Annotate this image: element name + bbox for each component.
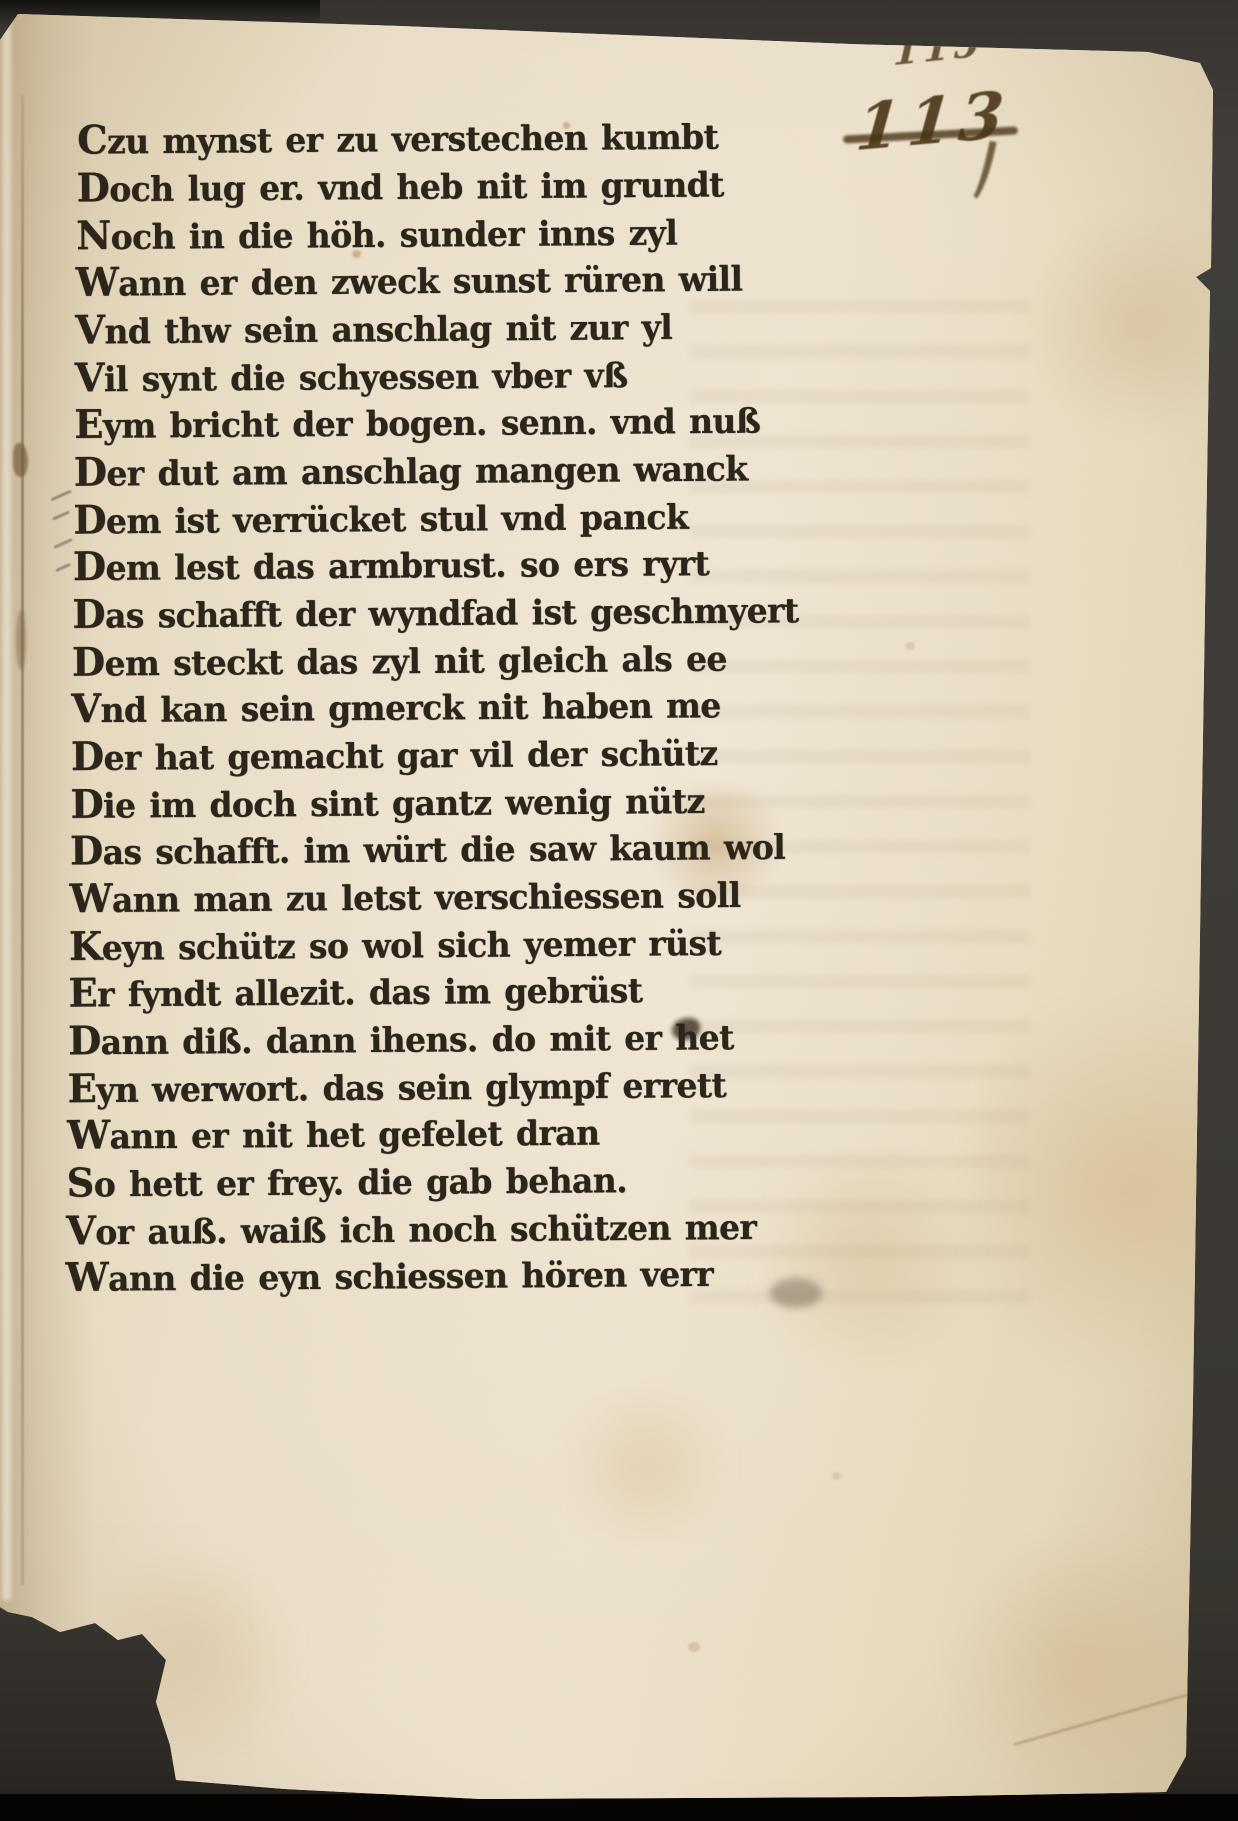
text-line-22: Wann er nit het gefelet dran: [67, 1103, 1238, 1160]
text-line-19: Er fyndt allezit. das im gebrüst: [68, 961, 1238, 1018]
text-line-8: Der dut am anschlag mangen wanck: [74, 441, 1238, 498]
text-line-11: Das schafft der wyndfad ist geschmyert: [72, 583, 1238, 640]
text-line-17: Wann man zu letst verschiessen soll: [69, 867, 1238, 924]
text-line-7: Eym bricht der bogen. senn. vnd nuß: [74, 393, 1238, 450]
foxing-spot: [832, 1472, 841, 1480]
text-line-16: Das schafft. im würt die saw kaum wol: [70, 819, 1238, 876]
stain: [545, 1390, 745, 1540]
book-page: Czu mynst er zu verstechen kumbtDoch lug…: [0, 0, 1238, 1821]
text-line-10: Dem lest das armbrust. so ers ryrt: [73, 535, 1238, 592]
text-line-14: Der hat gemacht gar vil der schütz: [71, 725, 1238, 782]
text-line-23: So hett er frey. die gab behan.: [66, 1151, 1238, 1208]
text-line-20: Dann diß. dann ihens. do mit er het: [68, 1009, 1238, 1066]
book-page-scan: Czu mynst er zu verstechen kumbtDoch lug…: [0, 0, 1238, 1821]
text-line-1: Czu mynst er zu verstechen kumbt: [77, 108, 1238, 164]
stain: [930, 1540, 1220, 1790]
text-line-13: Vnd kan sein gmerck nit haben me: [71, 677, 1238, 734]
paper-crease: [1014, 1688, 1207, 1745]
text-line-25: Wann die eyn schiessen hören verr: [66, 1246, 1238, 1303]
foxing-spot: [688, 1642, 700, 1652]
text-line-5: Vnd thw sein anschlag nit zur yl: [75, 298, 1238, 355]
text-line-2: Doch lug er. vnd heb nit im grundt: [77, 156, 1238, 213]
text-line-4: Wann er den zweck sunst rüren will: [76, 251, 1238, 308]
printed-text-block: Czu mynst er zu verstechen kumbtDoch lug…: [0, 109, 1238, 1303]
